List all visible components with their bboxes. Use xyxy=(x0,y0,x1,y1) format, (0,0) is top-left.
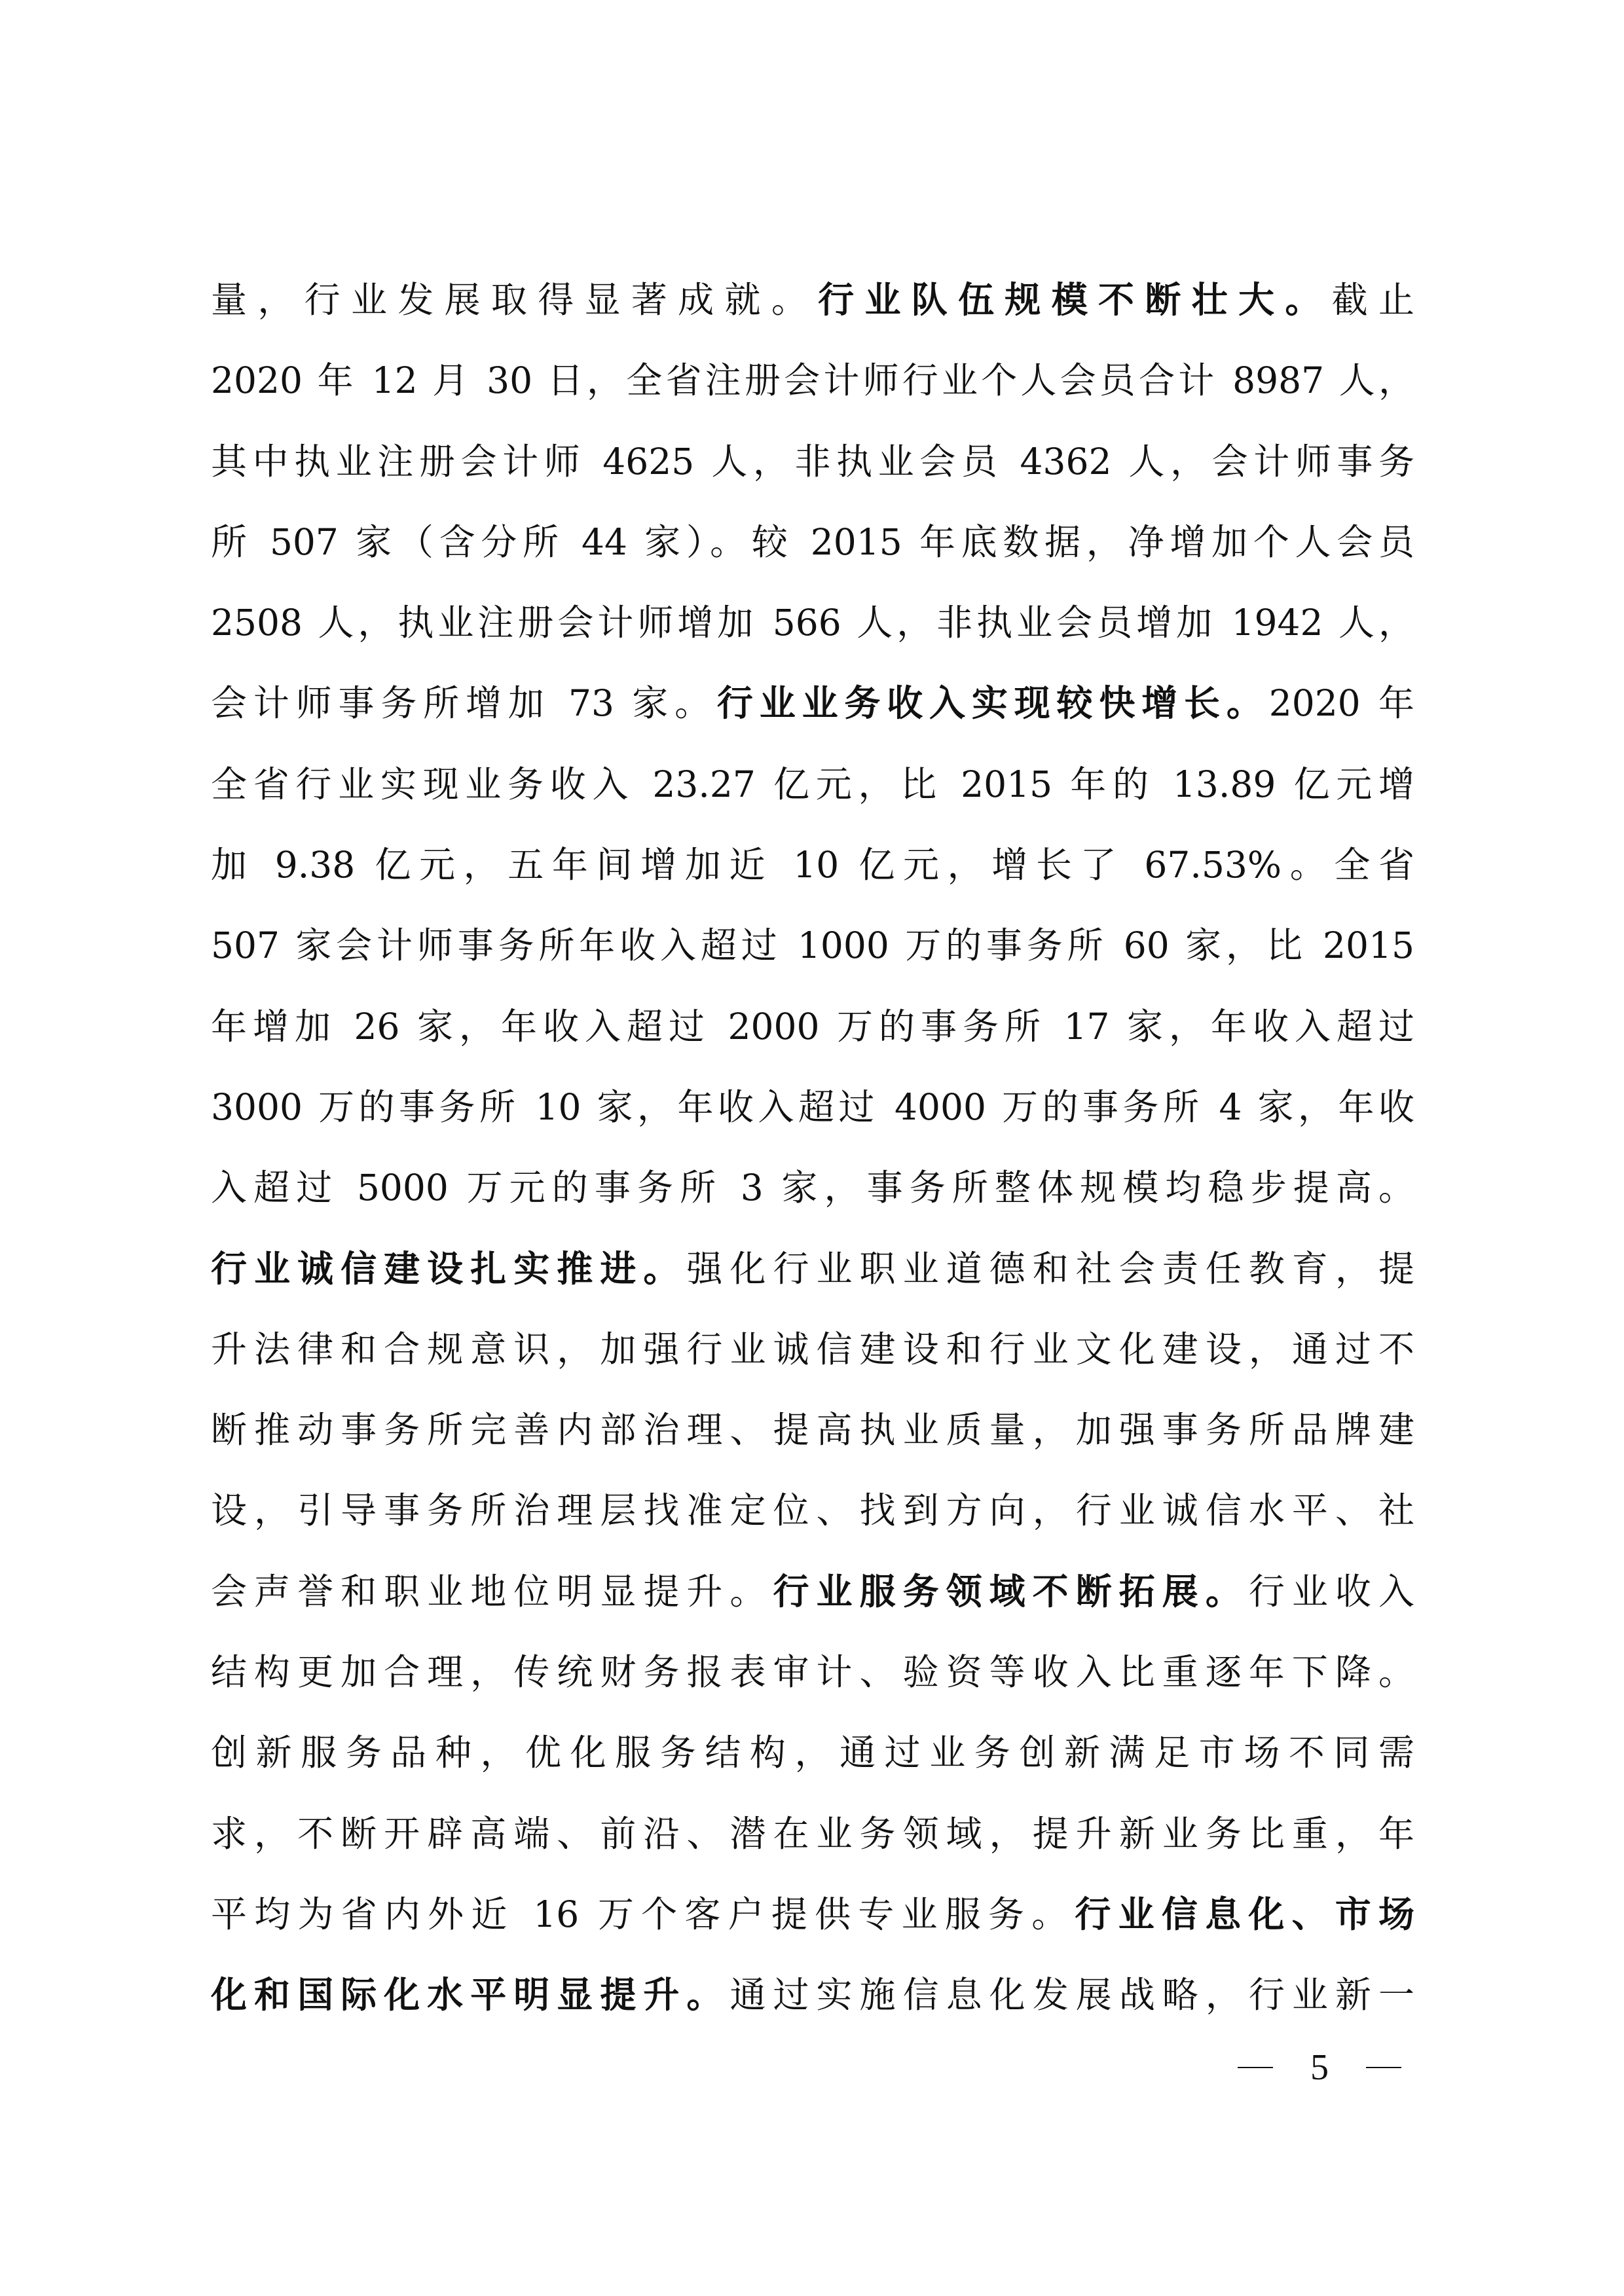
body-text-segment: 行业收入 xyxy=(1249,1571,1414,1613)
body-text-segment: 设，引导事务所治理层找准定位、找到方向，行业诚信水平、社 xyxy=(211,1489,1414,1531)
text-line: 创新服务品种，优化服务结构，通过业务创新满足市场不同需 xyxy=(211,1722,1414,1803)
text-line: 2020 年 12 月 30 日，全省注册会计师行业个人会员合计 8987 人， xyxy=(211,350,1414,431)
body-text-segment: 断推动事务所完善内部治理、提高执业质量，加强事务所品牌建 xyxy=(211,1409,1414,1451)
body-text-segment: 加 9.38 亿元，五年间增加近 10 亿元，增长了 67.53%。全省 xyxy=(211,844,1414,886)
text-line: 会计师事务所增加 73 家。行业业务收入实现较快增长。2020 年 xyxy=(211,673,1414,754)
body-text-segment: 507 家会计师事务所年收入超过 1000 万的事务所 60 家，比 2015 xyxy=(211,924,1414,966)
text-line: 设，引导事务所治理层找准定位、找到方向，行业诚信水平、社 xyxy=(211,1480,1414,1561)
page-footer: 5 xyxy=(1238,2048,1401,2087)
text-line: 平均为省内外近 16 万个客户提供专业服务。行业信息化、市场 xyxy=(211,1884,1414,1965)
body-text-segment: 求，不断开辟高端、前沿、潜在业务领域，提升新业务比重，年 xyxy=(211,1813,1414,1855)
page-number-left-dash xyxy=(1238,2067,1273,2068)
text-line: 入超过 5000 万元的事务所 3 家，事务所整体规模均稳步提高。 xyxy=(211,1157,1414,1238)
bold-heading-phrase: 行业队伍规模不断壮大。 xyxy=(818,278,1332,321)
body-text-segment: 会声誉和职业地位明显提升。 xyxy=(211,1571,773,1613)
body-text-segment: 入超过 5000 万元的事务所 3 家，事务所整体规模均稳步提高。 xyxy=(211,1167,1414,1209)
body-text-segment: 升法律和合规意识，加强行业诚信建设和行业文化建设，通过不 xyxy=(211,1328,1414,1370)
body-text-segment: 3000 万的事务所 10 家，年收入超过 4000 万的事务所 4 家，年收 xyxy=(211,1086,1414,1128)
body-text-segment: 会计师事务所增加 73 家。 xyxy=(211,682,717,724)
text-line: 求，不断开辟高端、前沿、潜在业务领域，提升新业务比重，年 xyxy=(211,1804,1414,1884)
text-line: 3000 万的事务所 10 家，年收入超过 4000 万的事务所 4 家，年收 xyxy=(211,1077,1414,1157)
bold-heading-phrase: 行业诚信建设扎实推进。 xyxy=(211,1247,686,1290)
page-number: 5 xyxy=(1310,2047,1329,2088)
body-text-segment: 2508 人，执业注册会计师增加 566 人，非执业会员增加 1942 人， xyxy=(211,602,1414,644)
text-line: 所 507 家（含分所 44 家）。较 2015 年底数据，净增加个人会员 xyxy=(211,512,1414,592)
text-line: 结构更加合理，传统财务报表审计、验资等收入比重逐年下降。 xyxy=(211,1642,1414,1722)
bold-heading-phrase: 行业服务领域不断拓展。 xyxy=(773,1570,1248,1613)
text-line: 量，行业发展取得显著成就。行业队伍规模不断壮大。截止 xyxy=(211,270,1414,350)
body-text-segment: 强化行业职业道德和社会责任教育，提 xyxy=(686,1248,1414,1290)
body-text-segment: 通过实施信息化发展战略，行业新一 xyxy=(729,1974,1414,2016)
text-line: 化和国际化水平明显提升。通过实施信息化发展战略，行业新一 xyxy=(211,1965,1414,2045)
document-page: 量，行业发展取得显著成就。行业队伍规模不断壮大。截止2020 年 12 月 30… xyxy=(0,0,1624,2296)
body-text-segment: 结构更加合理，传统财务报表审计、验资等收入比重逐年下降。 xyxy=(211,1651,1414,1693)
body-text-segment: 2020 年 12 月 30 日，全省注册会计师行业个人会员合计 8987 人， xyxy=(211,359,1414,401)
text-line: 2508 人，执业注册会计师增加 566 人，非执业会员增加 1942 人， xyxy=(211,592,1414,673)
text-line: 升法律和合规意识，加强行业诚信建设和行业文化建设，通过不 xyxy=(211,1319,1414,1400)
body-text-segment: 2020 年 xyxy=(1269,682,1414,724)
body-text-segment: 其中执业注册会计师 4625 人，非执业会员 4362 人，会计师事务 xyxy=(211,441,1414,483)
body-text-segment: 全省行业实现业务收入 23.27 亿元，比 2015 年的 13.89 亿元增 xyxy=(211,763,1414,805)
text-line: 行业诚信建设扎实推进。强化行业职业道德和社会责任教育，提 xyxy=(211,1239,1414,1319)
page-number-right-dash xyxy=(1366,2067,1401,2068)
bold-heading-phrase: 化和国际化水平明显提升。 xyxy=(211,1973,729,2016)
text-line: 全省行业实现业务收入 23.27 亿元，比 2015 年的 13.89 亿元增 xyxy=(211,754,1414,835)
bold-heading-phrase: 行业业务收入实现较快增长。 xyxy=(717,682,1269,724)
text-line: 507 家会计师事务所年收入超过 1000 万的事务所 60 家，比 2015 xyxy=(211,915,1414,996)
text-line: 其中执业注册会计师 4625 人，非执业会员 4362 人，会计师事务 xyxy=(211,431,1414,512)
bold-heading-phrase: 行业信息化、市场 xyxy=(1075,1893,1414,1935)
text-line: 加 9.38 亿元，五年间增加近 10 亿元，增长了 67.53%。全省 xyxy=(211,835,1414,915)
text-line: 会声誉和职业地位明显提升。行业服务领域不断拓展。行业收入 xyxy=(211,1561,1414,1642)
body-text-segment: 量，行业发展取得显著成就。 xyxy=(211,279,818,321)
body-text-segment: 平均为省内外近 16 万个客户提供专业服务。 xyxy=(211,1893,1075,1935)
body-text-segment: 截止 xyxy=(1332,279,1414,321)
text-line: 年增加 26 家，年收入超过 2000 万的事务所 17 家，年收入超过 xyxy=(211,996,1414,1077)
body-text-segment: 年增加 26 家，年收入超过 2000 万的事务所 17 家，年收入超过 xyxy=(211,1006,1414,1048)
body-paragraph: 量，行业发展取得显著成就。行业队伍规模不断壮大。截止2020 年 12 月 30… xyxy=(211,270,1414,2046)
body-text-segment: 创新服务品种，优化服务结构，通过业务创新满足市场不同需 xyxy=(211,1732,1414,1774)
body-text-segment: 所 507 家（含分所 44 家）。较 2015 年底数据，净增加个人会员 xyxy=(211,521,1414,563)
text-line: 断推动事务所完善内部治理、提高执业质量，加强事务所品牌建 xyxy=(211,1400,1414,1480)
